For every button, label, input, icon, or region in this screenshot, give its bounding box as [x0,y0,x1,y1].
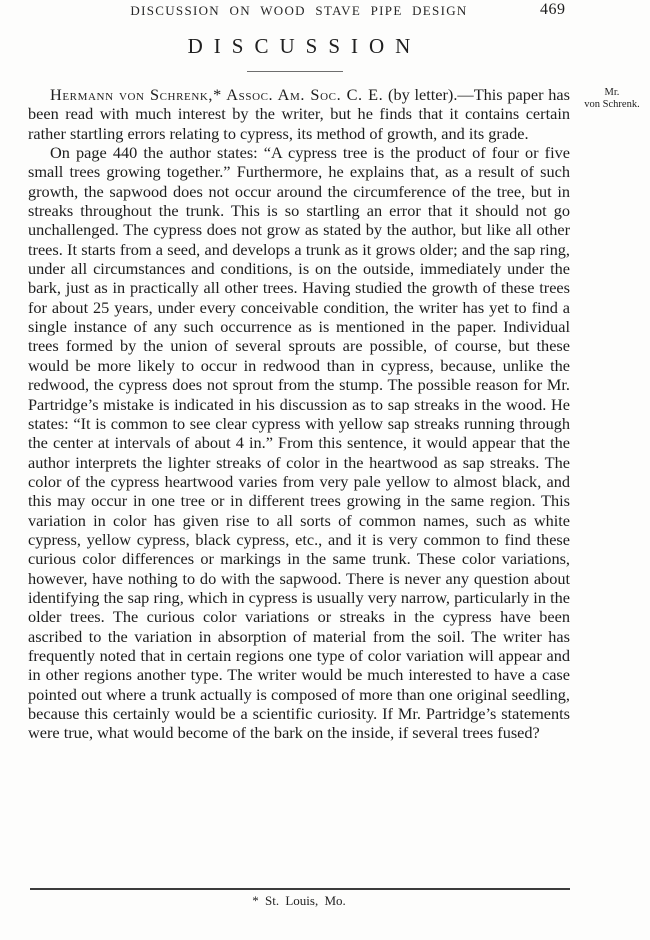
running-head: DISCUSSION ON WOOD STAVE PIPE DESIGN [28,3,570,19]
footnote-rule [30,888,570,890]
body-text: Hermann von Schrenk,* Assoc. Am. Soc. C.… [28,85,570,743]
footnote-text: * St. Louis, Mo. [28,893,570,909]
speaker-attribution: Hermann von Schrenk,* Assoc. Am. Soc. C.… [50,85,383,104]
margin-note-line-2: von Schrenk. [574,99,650,111]
margin-note: Mr. von Schrenk. [574,87,650,111]
page-number: 469 [540,1,566,19]
opening-paragraph: Hermann von Schrenk,* Assoc. Am. Soc. C.… [28,85,570,143]
title-rule [247,71,343,72]
document-page: DISCUSSION ON WOOD STAVE PIPE DESIGN 469… [0,0,650,940]
margin-note-line-1: Mr. [574,87,650,99]
section-title: DISCUSSION [28,34,570,59]
main-paragraph: On page 440 the author states: “A cypres… [28,143,570,743]
